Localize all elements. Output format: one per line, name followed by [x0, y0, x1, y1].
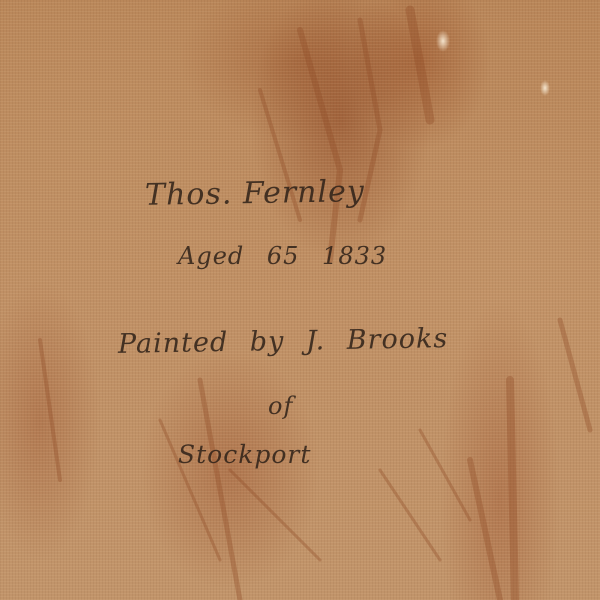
inscription: Thos. Fernley Aged 65 1833 Painted by J.… — [0, 0, 600, 600]
inscription-place: Stockport — [178, 440, 311, 469]
inscription-age-year: Aged 65 1833 — [178, 242, 387, 270]
inscription-of: of — [268, 392, 293, 420]
inscription-painter: Painted by J. Brooks — [118, 323, 449, 360]
inscription-name: Thos. Fernley — [145, 174, 365, 213]
